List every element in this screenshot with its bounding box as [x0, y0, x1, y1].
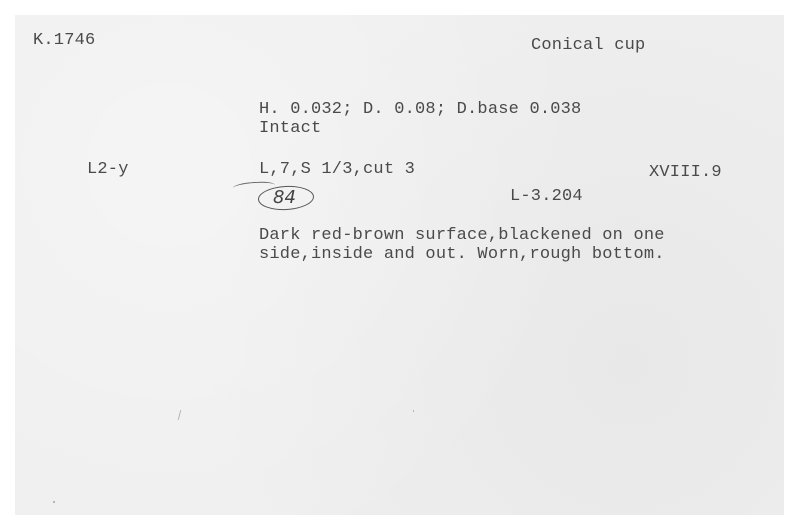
catalog-card: K.1746 Conical cup H. 0.032; D. 0.08; D.… — [15, 15, 784, 515]
inventory-reference: L-3.204 — [510, 187, 583, 206]
grid-reference: L2-y — [87, 160, 129, 179]
plate-reference: XVIII.9 — [649, 163, 722, 182]
paper-mark — [178, 410, 182, 420]
context-reference: L,7,S 1/3,cut 3 — [259, 160, 415, 179]
dimensions: H. 0.032; D. 0.08; D.base 0.038 — [259, 100, 581, 119]
condition: Intact — [259, 119, 321, 138]
description-line-2: side,inside and out. Worn,rough bottom. — [259, 245, 665, 264]
object-name: Conical cup — [531, 36, 645, 55]
paper-speck — [413, 410, 414, 412]
catalog-number: K.1746 — [33, 31, 95, 50]
paper-speck — [53, 501, 55, 503]
handwritten-number: 84 — [273, 187, 296, 208]
description-line-1: Dark red-brown surface,blackened on one — [259, 226, 665, 245]
